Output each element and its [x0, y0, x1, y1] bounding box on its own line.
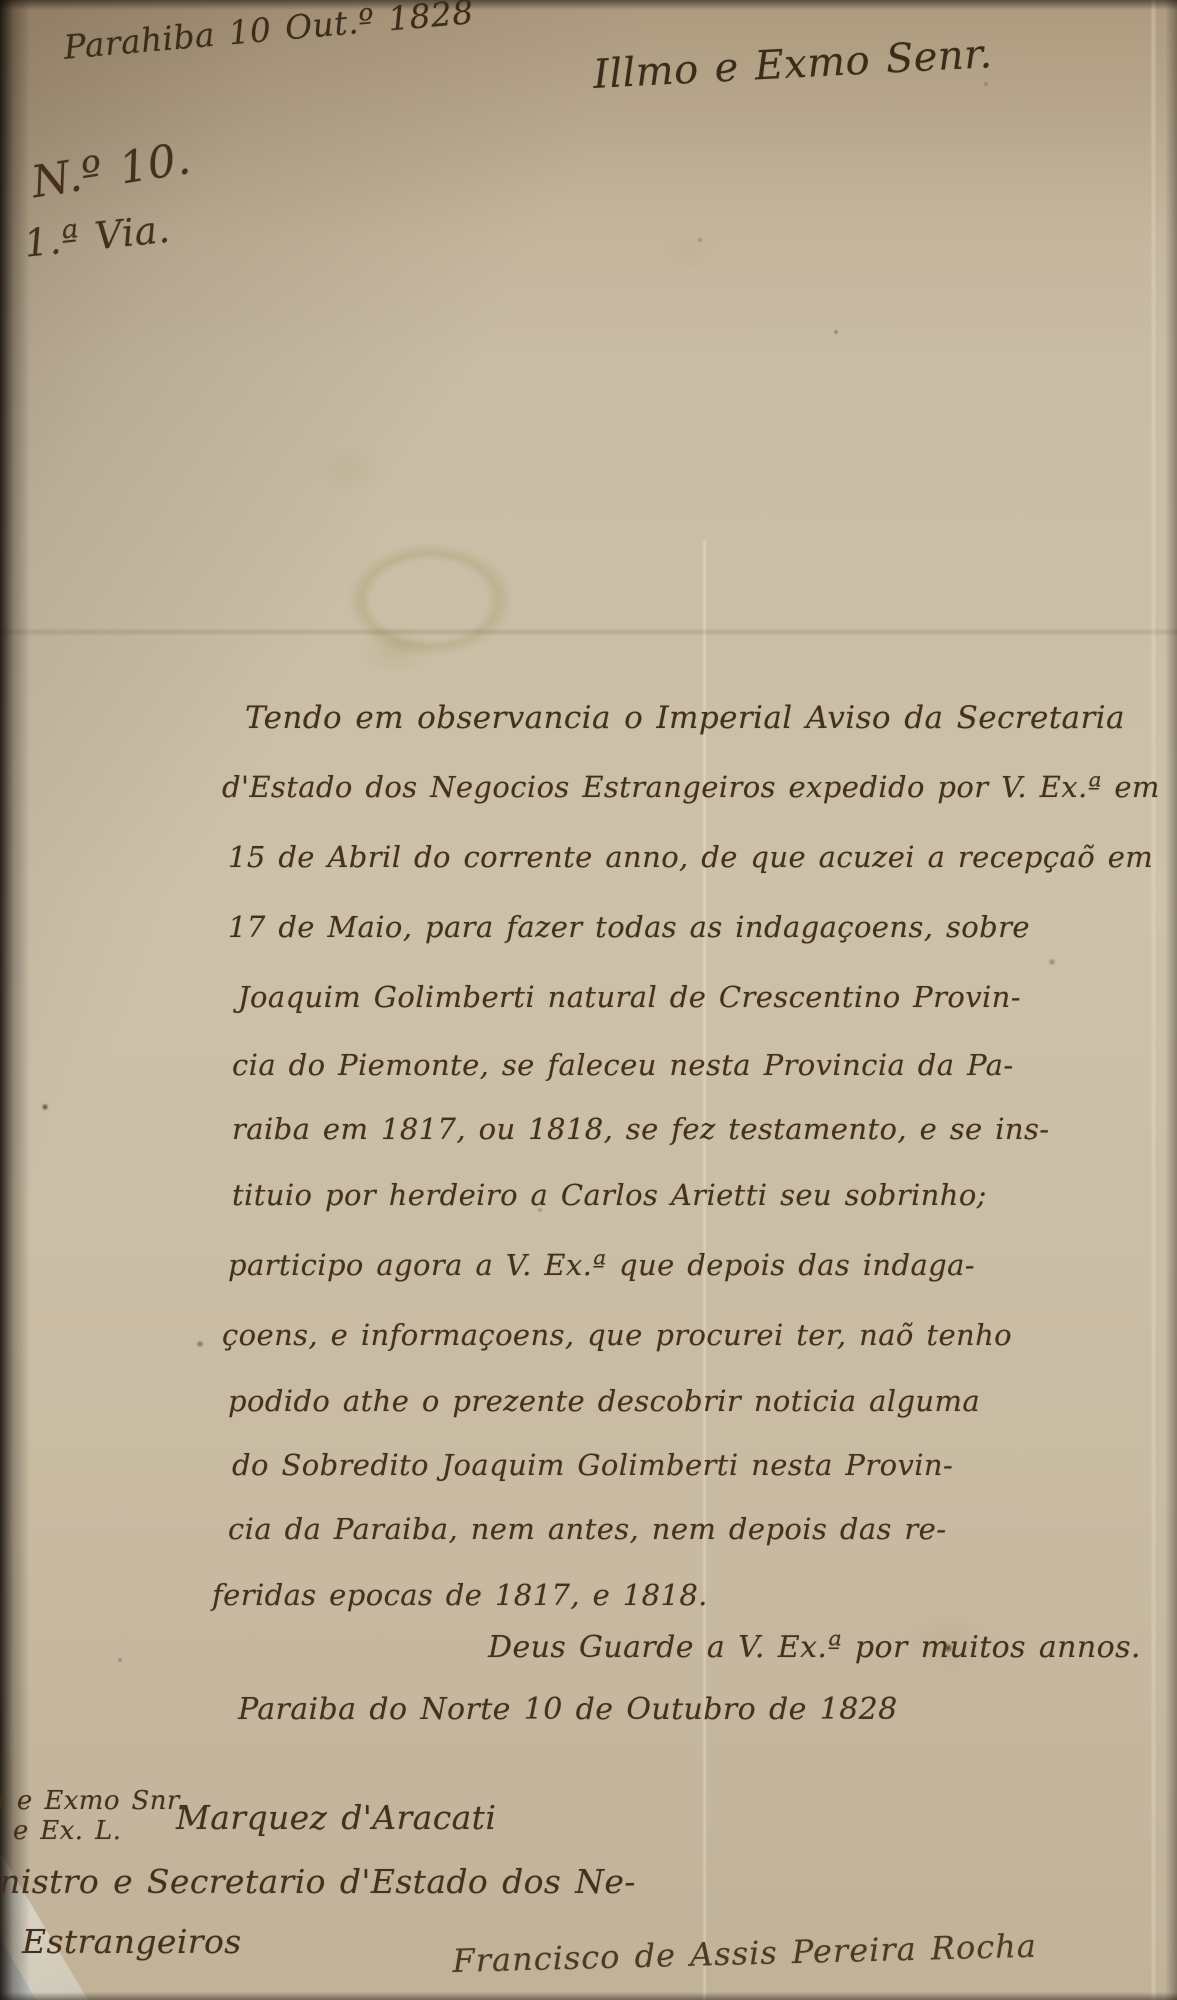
- via-annotation: 1.ª Via.: [22, 207, 172, 266]
- body-line: 15 de Abril do corrente anno, de que acu…: [228, 840, 1153, 874]
- body-line: podido athe o prezente descobrir noticia…: [228, 1384, 980, 1418]
- body-line: participo agora a V. Ex.ª que depois das…: [228, 1248, 975, 1282]
- closing-line: Deus Guarde a V. Ex.ª por muitos annos.: [488, 1630, 1141, 1665]
- top-edge-shadow: [0, 0, 1177, 10]
- left-binding-shadow: [0, 0, 30, 2000]
- place-date-annotation: Parahiba 10 Out.º 1828: [62, 0, 475, 67]
- addressee-name: Marquez d'Aracati: [176, 1798, 496, 1837]
- addressee-title-line2: Estrangeiros: [22, 1922, 242, 1961]
- addressee-title-line1: Ministro e Secretario d'Estado dos Ne-: [0, 1862, 636, 1901]
- body-line: çoens, e informaçoens, que procurei ter,…: [222, 1318, 1012, 1352]
- body-line: d'Estado dos Negocios Estrangeiros exped…: [222, 770, 1160, 804]
- body-line: do Sobredito Joaquim Golimberti nesta Pr…: [232, 1448, 953, 1482]
- body-line: 17 de Maio, para fazer todas as indagaço…: [228, 910, 1030, 944]
- document-number: N.º 10.: [28, 133, 194, 208]
- bottom-edge-shadow: [0, 1992, 1177, 2000]
- body-line: feridas epocas de 1817, e 1818.: [212, 1578, 708, 1612]
- dateline: Paraiba do Norte 10 de Outubro de 1828: [238, 1692, 898, 1727]
- body-line: cia do Piemonte, se faleceu nesta Provin…: [232, 1048, 1014, 1082]
- salutation: Illmo e Exmo Senr.: [592, 31, 993, 98]
- body-line: Joaquim Golimberti natural de Crescentin…: [238, 980, 1021, 1014]
- manuscript-page: Parahiba 10 Out.º 1828 Illmo e Exmo Senr…: [0, 0, 1177, 2000]
- right-page-edge: [1150, 0, 1157, 2000]
- body-line: cia da Paraiba, nem antes, nem depois da…: [228, 1512, 946, 1546]
- addressee-honorific-sub: ; e Ex. L.: [0, 1816, 121, 1846]
- body-line: Tendo em observancia o Imperial Aviso da…: [245, 700, 1125, 736]
- body-line: raiba em 1817, ou 1818, se fez testament…: [232, 1112, 1049, 1146]
- addressee-honorific: Illmo e Exmo Snr.: [0, 1786, 186, 1816]
- body-line: tituio por herdeiro a Carlos Arietti seu…: [232, 1178, 987, 1212]
- signature: Francisco de Assis Pereira Rocha: [452, 1927, 1037, 1980]
- horizontal-crease: [0, 628, 1177, 636]
- right-edge-shadow: [1165, 0, 1177, 2000]
